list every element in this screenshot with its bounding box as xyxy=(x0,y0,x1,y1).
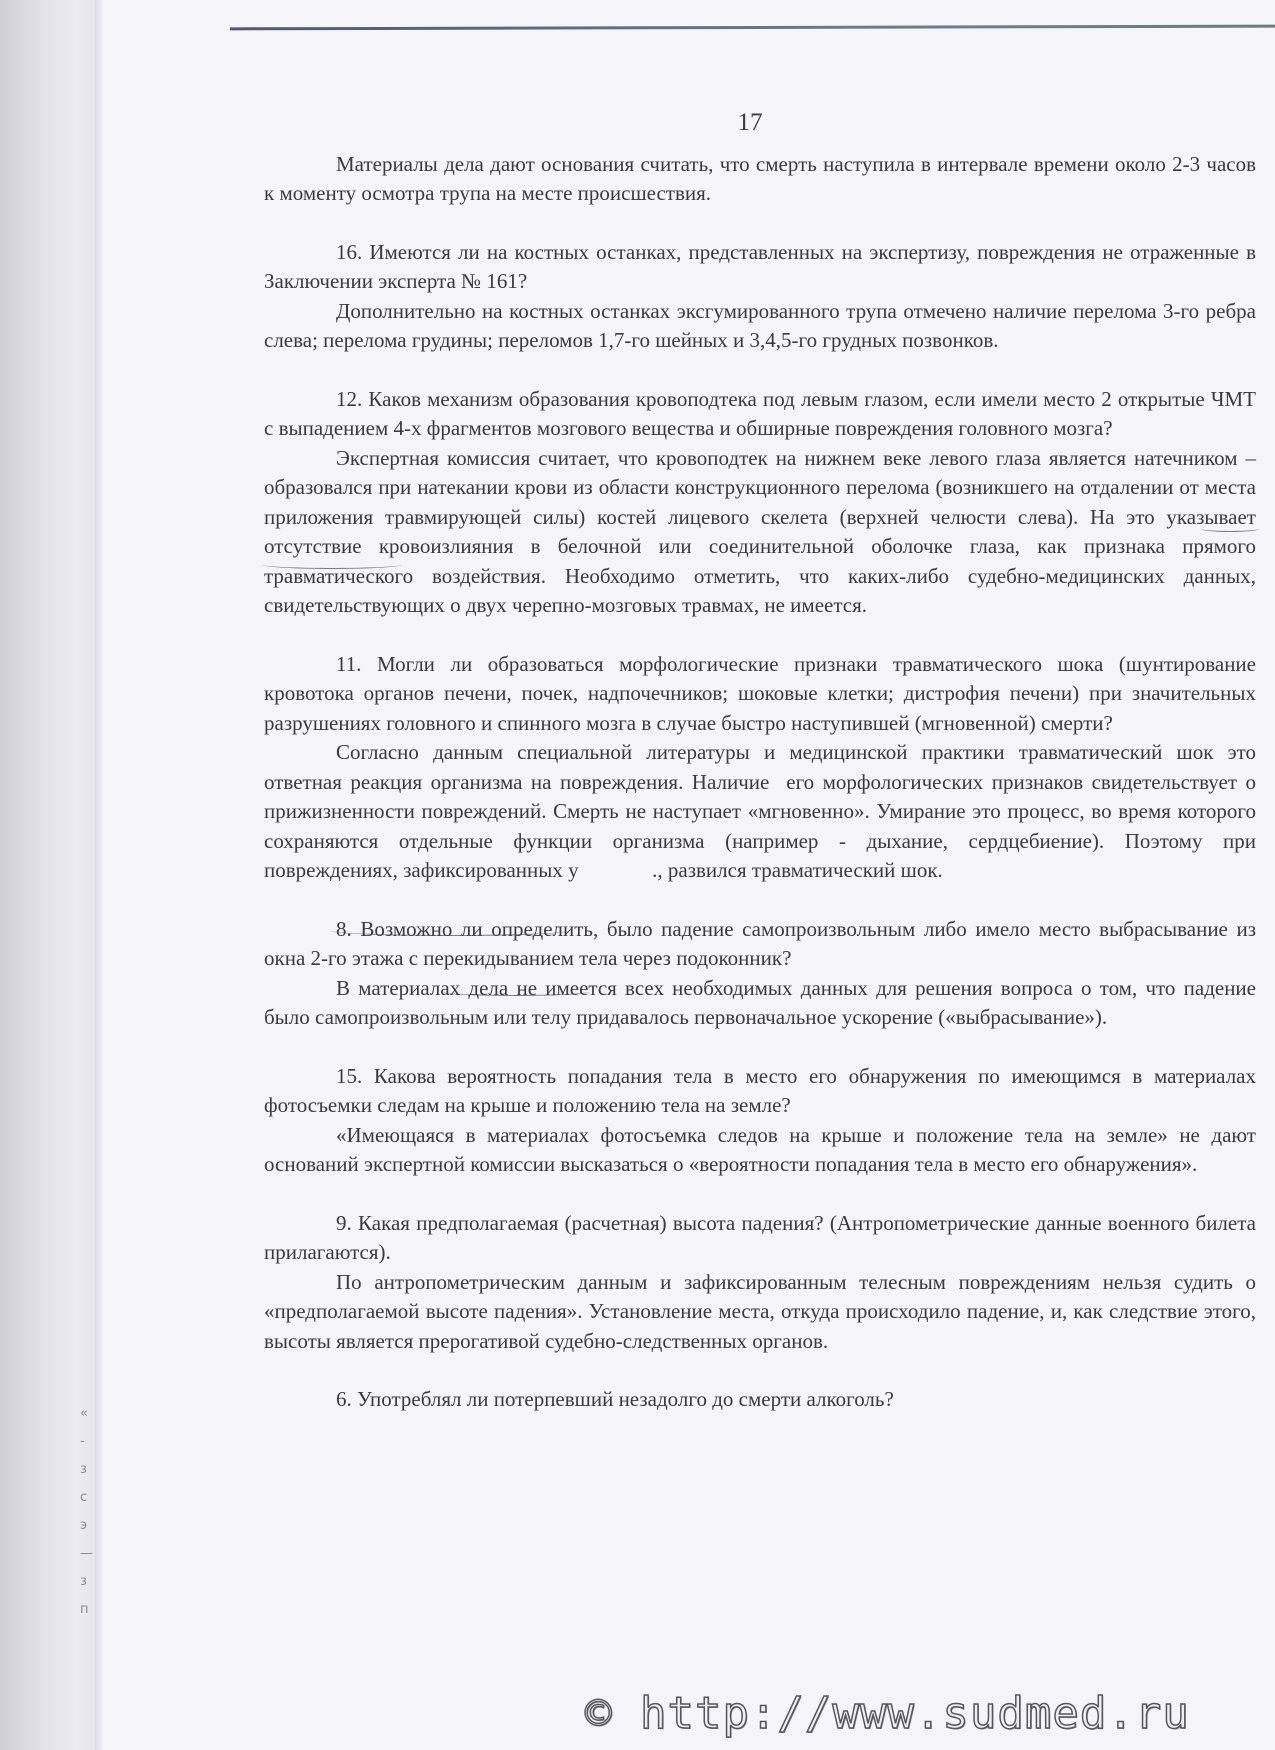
margin-mark: з xyxy=(80,1456,92,1484)
answer-text: Дополнительно на костных останках эксгум… xyxy=(264,297,1256,356)
section-question-9: 9. Какая предполагаемая (расчетная) высо… xyxy=(264,1209,1256,1357)
question-text: 6. Употреблял ли потерпевший незадолго д… xyxy=(264,1385,1256,1415)
question-text: 8. Возможно ли определить, было падение … xyxy=(264,915,1256,974)
margin-mark: - xyxy=(80,1428,92,1456)
pen-underline xyxy=(262,560,402,569)
answer-paragraph: Материалы дела дают основания считать, ч… xyxy=(264,150,1256,209)
question-text: 9. Какая предполагаемая (расчетная) высо… xyxy=(264,1209,1256,1268)
question-text: 16. Имеются ли на костных останках, пред… xyxy=(264,238,1256,297)
answer-text: «Имеющаяся в материалах фотосъемка следо… xyxy=(264,1121,1256,1180)
section-question-12: 12. Каков механизм образования кровоподт… xyxy=(264,385,1256,621)
margin-mark: — xyxy=(80,1540,92,1568)
answer-text: Согласно данным специальной литературы и… xyxy=(264,738,1256,886)
question-text: 12. Каков механизм образования кровоподт… xyxy=(264,385,1256,444)
document-body: 17 Материалы дела дают основания считать… xyxy=(264,108,1256,1415)
page-edge xyxy=(95,0,103,1750)
answer-text: В материалах дела не имеется всех необхо… xyxy=(264,974,1256,1033)
question-text: 15. Какова вероятность попадания тела в … xyxy=(264,1062,1256,1121)
question-text: 11. Могли ли образоваться морфологически… xyxy=(264,650,1256,739)
margin-mark: п xyxy=(80,1596,92,1624)
margin-marks: « - з с э — з п xyxy=(80,1400,92,1624)
pen-underline xyxy=(440,987,590,996)
section-question-15: 15. Какова вероятность попадания тела в … xyxy=(264,1062,1256,1180)
margin-mark: э xyxy=(80,1512,92,1540)
section-time-of-death: Материалы дела дают основания считать, ч… xyxy=(264,150,1256,209)
section-question-11: 11. Могли ли образоваться морфологически… xyxy=(264,650,1256,886)
answer-text: По антропометрическим данным и зафиксиро… xyxy=(264,1268,1256,1357)
page-number: 17 xyxy=(244,108,1256,138)
pen-underline xyxy=(1200,525,1260,532)
margin-mark: з xyxy=(80,1568,92,1596)
section-question-16: 16. Имеются ли на костных останках, пред… xyxy=(264,238,1256,356)
pen-underline xyxy=(330,925,570,936)
answer-text: Экспертная комиссия считает, что кровопо… xyxy=(264,444,1256,621)
margin-mark: с xyxy=(80,1484,92,1512)
margin-mark: « xyxy=(80,1400,92,1428)
section-question-6: 6. Употреблял ли потерпевший незадолго д… xyxy=(264,1385,1256,1415)
watermark-text: © http://www.sudmed.ru xyxy=(585,1688,1190,1739)
